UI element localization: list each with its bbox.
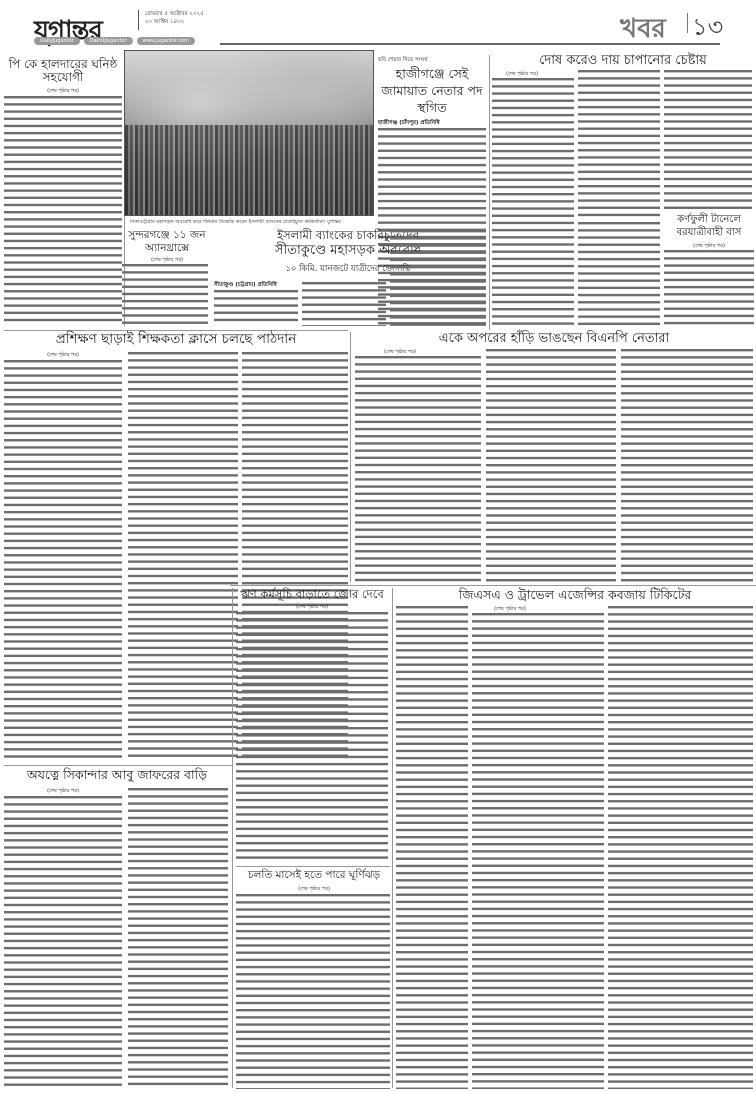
headline-cyclone: চলতি মাসেই হতে পারে ঘূর্ণিঝড় xyxy=(236,870,392,882)
website-link[interactable]: www.jugantor.com xyxy=(137,37,195,45)
masthead-divider xyxy=(138,10,139,30)
social-x-link[interactable]: DailyJugantor xyxy=(34,37,80,45)
section-title: খবর xyxy=(620,8,666,52)
continued-label: (শেষ পৃষ্ঠার পর) xyxy=(4,352,122,360)
story-body-hajiganj-cont xyxy=(390,230,486,328)
story-body-bnp-col2 xyxy=(486,349,616,582)
social-links: DailyJugantor DainikJugantor www.juganto… xyxy=(34,37,195,45)
story-body-loan: আইএমএফের শর্ত অর্থাৎ ও সময় বাড়ানো হবে।… xyxy=(236,612,388,862)
story-body-cyclone: প্রথম ১৫ দিন নিম্নচাপ বা ঘূর্ণিঝড় হওয়া… xyxy=(236,894,390,1089)
headline-pk-haldar: পি কে হালদারের ঘনিষ্ঠ সহযোগী xyxy=(4,58,122,84)
continued-label: (শেষ পৃষ্ঠার পর) xyxy=(236,886,392,894)
story-body-sikandar-col2 xyxy=(128,788,228,1089)
section-divider xyxy=(236,866,390,867)
headline-hajiganj: হাজীগঞ্জে সেই জামায়াত নেতার পদ স্থগিত xyxy=(378,65,486,116)
story-body-karnaphuli: পতেঙ্গা পুলিশ। কর্ণফুলী টিটোলের সহকারী প… xyxy=(664,250,754,328)
story-body-dosh-kore-col2 xyxy=(578,70,660,220)
story-body-training-col1: শিক্ষার্থীদের লেখার মানে লেসিমাতার প্রভা… xyxy=(4,360,122,760)
date-bengali: ২০ আশ্বিন ১৪৩২ xyxy=(145,18,204,26)
headline-sundarganj: সুন্দরগঞ্জে ১১ জন অ্যানথ্রাক্সে xyxy=(122,229,212,255)
story-body-dosh-kore-col3 xyxy=(664,70,752,210)
page-number: ১৩ xyxy=(692,9,723,49)
column-divider xyxy=(489,55,490,330)
section-divider xyxy=(4,765,232,766)
headline-karnaphuli: কর্ণফুলী টানেলে বরযাত্রীবাহী বাস xyxy=(664,213,754,239)
newspaper-logo: যুগান্তর xyxy=(34,10,102,54)
story-body-training-col2 xyxy=(128,352,238,760)
headline-bnp: একে অপরের হাঁড়ি ভাঙছেন বিএনপি নেতারা xyxy=(352,332,756,346)
date-gregorian: রোববার ৫ অক্টোবর ২০২৫ xyxy=(145,10,204,18)
story-body-pk-haldar: আবেদন করেন তখন কর্মকর্তা বিভাগনগর থানার … xyxy=(4,96,122,322)
story-body-sikandar-col1: সিকান্দারাঃ তাদের স্মৃতি নিয়ে রিল শাকির… xyxy=(4,796,122,1089)
story-body-cyclone-side xyxy=(396,606,468,1089)
column-divider xyxy=(232,588,233,1088)
continued-label: (শেষ পৃষ্ঠার পর) xyxy=(4,788,122,796)
story-body-gsa-col2 xyxy=(608,606,753,1089)
story-body-bnp-col3 xyxy=(621,349,753,582)
section-divider xyxy=(230,585,756,586)
news-photo-protest xyxy=(124,50,374,216)
story-body-sundarganj xyxy=(122,264,208,326)
headline-loan: ঋণ কর্মসূচি বাড়াতে জোর দেবে xyxy=(232,588,392,601)
story-body-gsa-col1: ট্রাভেল এজেন্সিগুলো টিকিট ব্লক করে রাখলে… xyxy=(472,613,604,1089)
social-facebook-link[interactable]: DainikJugantor xyxy=(84,37,133,45)
continued-label: (শেষ পৃষ্ঠার পর) xyxy=(4,88,122,96)
headline-training: প্রশিক্ষণ ছাড়াই শিক্ষকতা ক্লাসে চলছে পা… xyxy=(4,332,348,347)
story-body-islami-bank-col2 xyxy=(302,282,386,326)
section-divider xyxy=(687,13,688,33)
continued-label: (শেষ পৃষ্ঠার পর) xyxy=(232,604,392,612)
story-body-dosh-kore-col1: গণমাধ্যম পরবর্তী তাদের অপকর্মগুলো একপেশে… xyxy=(492,78,574,328)
photo-crowd xyxy=(125,125,373,215)
column-divider xyxy=(392,588,393,1088)
headline-gsa: জিএসএ ও ট্রাভেল এজেন্সির কবজায় টিকিটের xyxy=(394,588,756,602)
kicker-hajiganj: ছবি শেয়ার নিয়ে সংঘর্ষ xyxy=(378,57,486,65)
story-body-dosh-kore-col2b xyxy=(578,222,660,328)
headline-dosh-kore: দোষ করেও দায় চাপানোর চেষ্টায় xyxy=(490,54,756,68)
issue-date: রোববার ৫ অক্টোবর ২০২৫ ২০ আশ্বিন ১৪৩২ xyxy=(145,10,204,26)
column-divider xyxy=(350,332,351,582)
headline-sikandar: অযত্নে সিকান্দার আবু জাফরের বাড়ি xyxy=(4,768,230,782)
story-body-islami-bank-col1: চাকরিচ্যুতি সংবাদের জন্য নরম রাখাদের পাড… xyxy=(214,290,298,326)
story-body-bnp-col1: (দক্ষিণ) জেলা বিএনপির সদস্য সচিব মামুন জ… xyxy=(355,356,481,582)
